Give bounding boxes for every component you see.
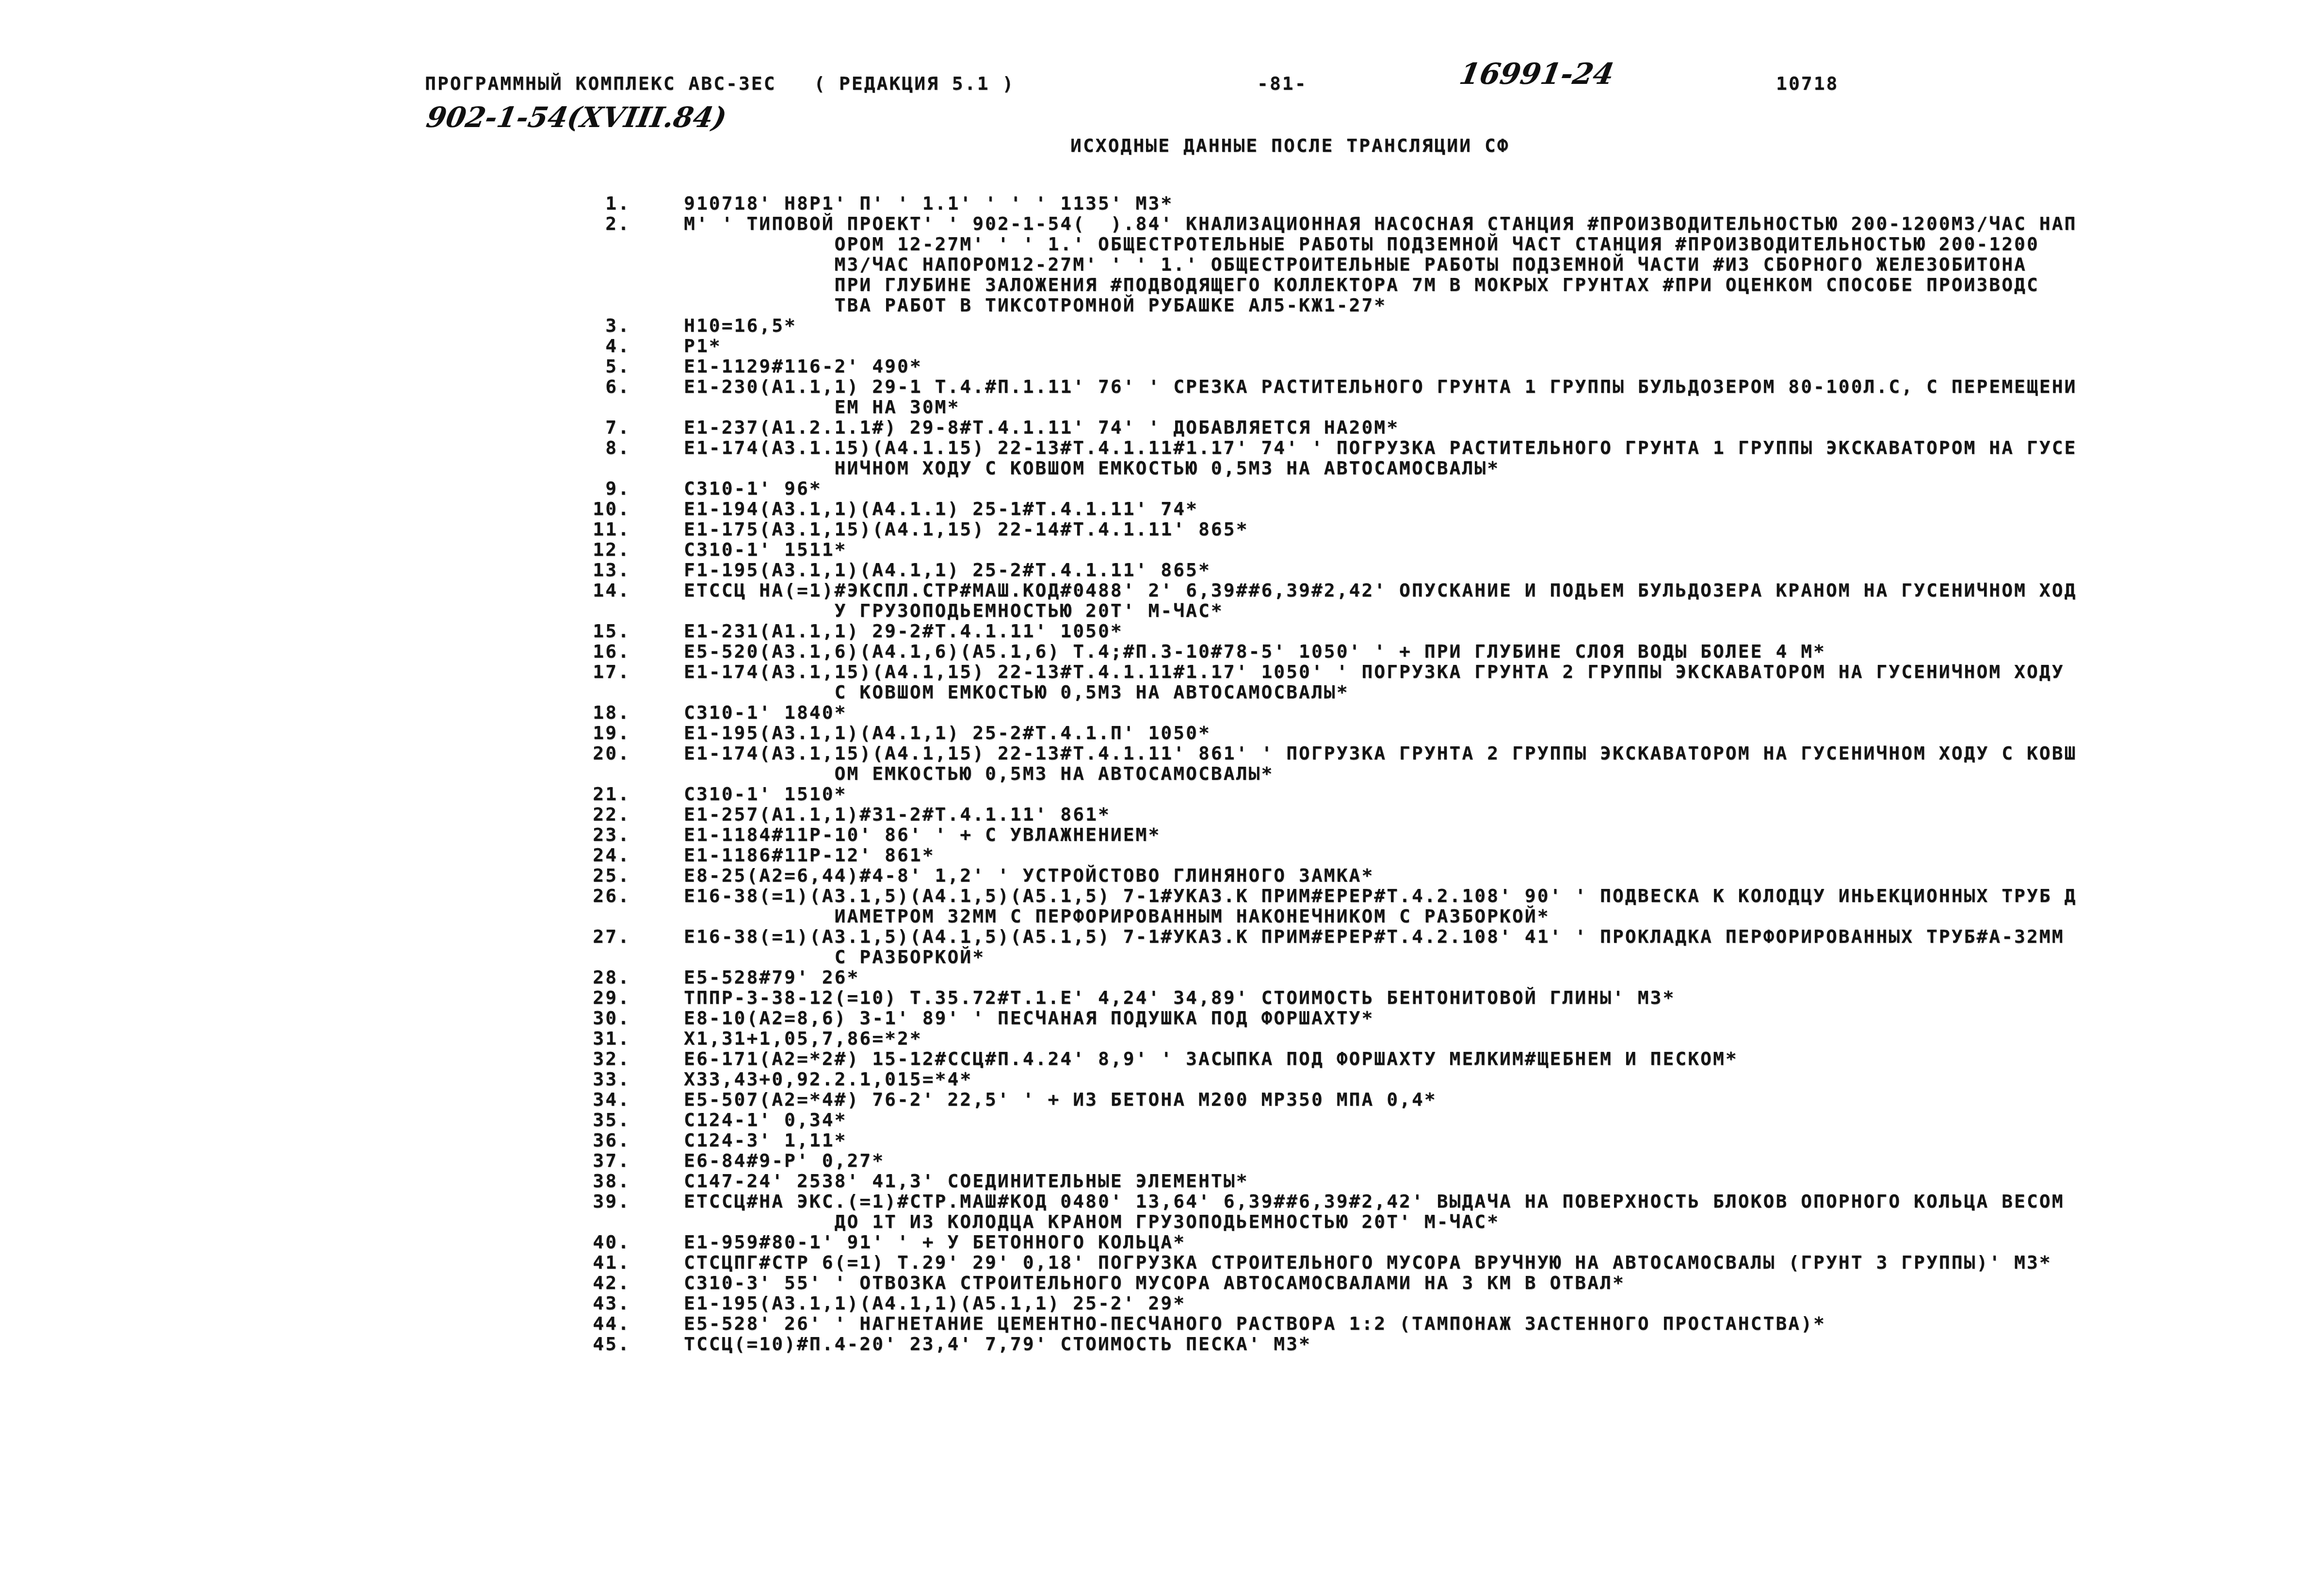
- listing-line: 15.Е1-231(А1.1,1) 29-2#Т.4.1.11' 1050*: [563, 621, 2077, 641]
- line-text: Е1-1186#11Р-12' 861*: [684, 845, 935, 865]
- line-text: Е8-25(А2=6,44)#4-8' 1,2' ' УСТРОЙСТОВО Г…: [684, 865, 1374, 886]
- listing-line: 43.Е1-195(А3.1,1)(А4.1,1)(А5.1,1) 25-2' …: [563, 1293, 2077, 1313]
- line-number: 2.: [563, 213, 630, 234]
- listing-line: 20.Е1-174(А3.1,15)(А4.1,15) 22-13#Т.4.1.…: [563, 743, 2077, 784]
- listing-line: 2.М' ' ТИПОВОЙ ПРОЕКТ' ' 902-1-54( ).84'…: [563, 213, 2077, 315]
- listing-line: 17.Е1-174(А3.1,15)(А4.1,15) 22-13#Т.4.1.…: [563, 661, 2077, 702]
- listing-line: 22.Е1-257(А1.1,1)#31-2#Т.4.1.11' 861*: [563, 804, 2077, 824]
- line-number: 33.: [563, 1069, 630, 1089]
- line-number: 7.: [563, 417, 630, 437]
- line-number: 1.: [563, 193, 630, 213]
- page-title: ИСХОДНЫЕ ДАННЫЕ ПОСЛЕ ТРАНСЛЯЦИИ СФ: [1070, 135, 1510, 156]
- listing-line: 35.С124-1' 0,34*: [563, 1110, 2077, 1130]
- line-number: 41.: [563, 1252, 630, 1273]
- listing-line: 36.С124-3' 1,11*: [563, 1130, 2077, 1150]
- line-text: F1-195(А3.1,1)(А4.1,1) 25-2#Т.4.1.11' 86…: [684, 560, 1211, 580]
- listing-line: 40.Е1-959#80-1' 91' ' + У БЕТОННОГО КОЛЬ…: [563, 1232, 2077, 1252]
- scanned-printout-page: ПРОГРАММНЫЙ КОМПЛЕКС АВС-3ЕС ( РЕДАКЦИЯ …: [0, 0, 2324, 1579]
- line-text: ТССЦ(=10)#П.4-20' 23,4' 7,79' СТОИМОСТЬ …: [684, 1334, 1311, 1354]
- listing-line: 27.Е16-38(=1)(А3.1,5)(А4.1,5)(А5.1,5) 7-…: [563, 926, 2077, 967]
- header-doc-number: 10718: [1776, 73, 1839, 94]
- line-number: 9.: [563, 478, 630, 499]
- line-text: С147-24' 2538' 41,3' СОЕДИНИТЕЛЬНЫЕ ЭЛЕМ…: [684, 1171, 1249, 1191]
- line-text: Е1-231(А1.1,1) 29-2#Т.4.1.11' 1050*: [684, 621, 1123, 641]
- line-number: 44.: [563, 1313, 630, 1334]
- listing-line: 31.Х1,31+1,05,7,86=*2*: [563, 1028, 2077, 1048]
- line-number: 31.: [563, 1028, 630, 1048]
- listing-line: 18.С310-1' 1840*: [563, 702, 2077, 723]
- listing-line: 29.ТППР-3-38-12(=10) Т.35.72#Т.1.Е' 4,24…: [563, 987, 2077, 1008]
- line-text: Х33,43+0,92.2.1,015=*4*: [684, 1069, 972, 1089]
- listing-line: 45.ТССЦ(=10)#П.4-20' 23,4' 7,79' СТОИМОС…: [563, 1334, 2077, 1354]
- listing-line: 38.С147-24' 2538' 41,3' СОЕДИНИТЕЛЬНЫЕ Э…: [563, 1171, 2077, 1191]
- line-number: 20.: [563, 743, 630, 763]
- listing-line: 12.С310-1' 1511*: [563, 539, 2077, 560]
- listing-line: 42.С310-3' 55' ' ОТВОЗКА СТРОИТЕЛЬНОГО М…: [563, 1273, 2077, 1293]
- line-number: 11.: [563, 519, 630, 539]
- listing-line: 34.Е5-507(А2=*4#) 76-2' 22,5' ' + ИЗ БЕТ…: [563, 1089, 2077, 1110]
- line-text: Е1-174(А3.1,15)(А4.1,15) 22-13#Т.4.1.11'…: [684, 743, 2077, 784]
- line-text: Е16-38(=1)(А3.1,5)(А4.1,5)(А5.1,5) 7-1#У…: [684, 886, 2077, 926]
- line-number: 12.: [563, 539, 630, 560]
- listing-line: 9.С310-1' 96*: [563, 478, 2077, 499]
- line-text: С124-3' 1,11*: [684, 1130, 847, 1150]
- listing-line: 3.Н10=16,5*: [563, 315, 2077, 336]
- line-number: 19.: [563, 723, 630, 743]
- line-text: Е1-959#80-1' 91' ' + У БЕТОННОГО КОЛЬЦА*: [684, 1232, 1186, 1252]
- line-text: Х1,31+1,05,7,86=*2*: [684, 1028, 922, 1048]
- line-number: 40.: [563, 1232, 630, 1252]
- line-number: 6.: [563, 376, 630, 397]
- line-number: 23.: [563, 824, 630, 845]
- line-text: ЕТССЦ НА(=1)#ЭКСПЛ.СТР#МАШ.КОД#0488' 2' …: [684, 580, 2077, 621]
- listing-line: 44.Е5-528' 26' ' НАГНЕТАНИЕ ЦЕМЕНТНО-ПЕС…: [563, 1313, 2077, 1334]
- line-text: С310-1' 96*: [684, 478, 822, 499]
- listing-line: 28.Е5-528#79' 26*: [563, 967, 2077, 987]
- listing-line: 32.Е6-171(А2=*2#) 15-12#ССЦ#П.4.24' 8,9'…: [563, 1048, 2077, 1069]
- line-text: СТСЦПГ#СТР 6(=1) Т.29' 29' 0,18' ПОГРУЗК…: [684, 1252, 2052, 1273]
- listing-line: 30.Е8-10(А2=8,6) 3-1' 89' ' ПЕСЧАНАЯ ПОД…: [563, 1008, 2077, 1028]
- line-text: Е1-237(А1.2.1.1#) 29-8#Т.4.1.11' 74' ' Д…: [684, 417, 1399, 437]
- listing-line: 14.ЕТССЦ НА(=1)#ЭКСПЛ.СТР#МАШ.КОД#0488' …: [563, 580, 2077, 621]
- listing-line: 4.Р1*: [563, 336, 2077, 356]
- line-number: 21.: [563, 784, 630, 804]
- line-number: 30.: [563, 1008, 630, 1028]
- line-text: ТППР-3-38-12(=10) Т.35.72#Т.1.Е' 4,24' 3…: [684, 987, 1675, 1008]
- listing-line: 5.Е1-1129#116-2' 490*: [563, 356, 2077, 376]
- line-number: 22.: [563, 804, 630, 824]
- line-text: Е1-195(А3.1,1)(А4.1,1) 25-2#Т.4.1.П' 105…: [684, 723, 1211, 743]
- listing-line: 1.910718' Н8Р1' П' ' 1.1' ' ' ' 1135' М3…: [563, 193, 2077, 213]
- line-text: С310-1' 1840*: [684, 702, 847, 723]
- header-page-number: -81-: [1257, 73, 1307, 94]
- line-number: 34.: [563, 1089, 630, 1110]
- line-number: 17.: [563, 661, 630, 682]
- listing-line: 33.Х33,43+0,92.2.1,015=*4*: [563, 1069, 2077, 1089]
- line-number: 37.: [563, 1150, 630, 1171]
- line-number: 27.: [563, 926, 630, 947]
- line-number: 5.: [563, 356, 630, 376]
- line-number: 8.: [563, 437, 630, 458]
- line-number: 13.: [563, 560, 630, 580]
- handwritten-code: 16991-24: [1457, 57, 1616, 91]
- line-text: М' ' ТИПОВОЙ ПРОЕКТ' ' 902-1-54( ).84' К…: [684, 213, 2077, 315]
- line-text: Е1-1184#11Р-10' 86' ' + С УВЛАЖНЕНИЕМ*: [684, 824, 1161, 845]
- line-text: Е16-38(=1)(А3.1,5)(А4.1,5)(А5.1,5) 7-1#У…: [684, 926, 2065, 967]
- line-text: Н10=16,5*: [684, 315, 797, 336]
- listing-line: 11.Е1-175(А3.1,15)(А4.1,15) 22-14#Т.4.1.…: [563, 519, 2077, 539]
- line-number: 25.: [563, 865, 630, 886]
- line-number: 18.: [563, 702, 630, 723]
- line-number: 45.: [563, 1334, 630, 1354]
- listing-line: 7.Е1-237(А1.2.1.1#) 29-8#Т.4.1.11' 74' '…: [563, 417, 2077, 437]
- line-text: Е5-507(А2=*4#) 76-2' 22,5' ' + ИЗ БЕТОНА…: [684, 1089, 1437, 1110]
- line-text: Е1-257(А1.1,1)#31-2#Т.4.1.11' 861*: [684, 804, 1111, 824]
- line-number: 24.: [563, 845, 630, 865]
- line-number: 42.: [563, 1273, 630, 1293]
- line-number: 35.: [563, 1110, 630, 1130]
- line-text: Е1-194(А3.1,1)(А4.1.1) 25-1#Т.4.1.11' 74…: [684, 499, 1198, 519]
- handwritten-project-number: 902-1-54(XVIII.84): [424, 101, 729, 134]
- line-text: 910718' Н8Р1' П' ' 1.1' ' ' ' 1135' М3*: [684, 193, 1173, 213]
- line-text: Е1-174(А3.1,15)(А4.1,15) 22-13#Т.4.1.11#…: [684, 661, 2065, 702]
- listing-line: 37.Е6-84#9-Р' 0,27*: [563, 1150, 2077, 1171]
- line-text: С124-1' 0,34*: [684, 1110, 847, 1130]
- line-text: Е1-230(А1.1,1) 29-1 Т.4.#П.1.11' 76' ' С…: [684, 376, 2077, 417]
- line-text: Е1-174(А3.1.15)(А4.1.15) 22-13#Т.4.1.11#…: [684, 437, 2077, 478]
- line-number: 43.: [563, 1293, 630, 1313]
- line-number: 3.: [563, 315, 630, 336]
- line-number: 32.: [563, 1048, 630, 1069]
- listing-line: 26.Е16-38(=1)(А3.1,5)(А4.1,5)(А5.1,5) 7-…: [563, 886, 2077, 926]
- line-text: Е1-1129#116-2' 490*: [684, 356, 922, 376]
- listing-line: 16.Е5-520(А3.1,6)(А4.1,6)(А5.1,6) Т.4;#П…: [563, 641, 2077, 661]
- listing-line: 21.С310-1' 1510*: [563, 784, 2077, 804]
- line-text: С310-1' 1510*: [684, 784, 847, 804]
- listing-line: 19.Е1-195(А3.1,1)(А4.1,1) 25-2#Т.4.1.П' …: [563, 723, 2077, 743]
- line-number: 29.: [563, 987, 630, 1008]
- line-number: 36.: [563, 1130, 630, 1150]
- line-number: 14.: [563, 580, 630, 600]
- line-text: Е5-520(А3.1,6)(А4.1,6)(А5.1,6) Т.4;#П.3-…: [684, 641, 1826, 661]
- line-number: 39.: [563, 1191, 630, 1211]
- line-number: 26.: [563, 886, 630, 906]
- listing-line: 13.F1-195(А3.1,1)(А4.1,1) 25-2#Т.4.1.11'…: [563, 560, 2077, 580]
- line-text: Е8-10(А2=8,6) 3-1' 89' ' ПЕСЧАНАЯ ПОДУШК…: [684, 1008, 1374, 1028]
- line-text: ЕТССЦ#НА ЭКС.(=1)#СТР.МАШ#КОД 0480' 13,6…: [684, 1191, 2065, 1232]
- line-text: С310-1' 1511*: [684, 539, 847, 560]
- line-text: Е5-528' 26' ' НАГНЕТАНИЕ ЦЕМЕНТНО-ПЕСЧАН…: [684, 1313, 1826, 1334]
- listing-line: 41.СТСЦПГ#СТР 6(=1) Т.29' 29' 0,18' ПОГР…: [563, 1252, 2077, 1273]
- line-number: 38.: [563, 1171, 630, 1191]
- line-text: Е1-195(А3.1,1)(А4.1,1)(А5.1,1) 25-2' 29*: [684, 1293, 1186, 1313]
- listing-line: 10.Е1-194(А3.1,1)(А4.1.1) 25-1#Т.4.1.11'…: [563, 499, 2077, 519]
- line-text: Е6-84#9-Р' 0,27*: [684, 1150, 885, 1171]
- line-number: 28.: [563, 967, 630, 987]
- line-text: Е5-528#79' 26*: [684, 967, 859, 987]
- line-text: Р1*: [684, 336, 722, 356]
- listing: 1.910718' Н8Р1' П' ' 1.1' ' ' ' 1135' М3…: [563, 193, 2077, 1354]
- line-text: Е1-175(А3.1,15)(А4.1,15) 22-14#Т.4.1.11'…: [684, 519, 1249, 539]
- header-program-title: ПРОГРАММНЫЙ КОМПЛЕКС АВС-3ЕС ( РЕДАКЦИЯ …: [425, 73, 1015, 94]
- line-number: 10.: [563, 499, 630, 519]
- line-text: С310-3' 55' ' ОТВОЗКА СТРОИТЕЛЬНОГО МУСО…: [684, 1273, 1625, 1293]
- listing-line: 24.Е1-1186#11Р-12' 861*: [563, 845, 2077, 865]
- line-number: 16.: [563, 641, 630, 661]
- listing-line: 23.Е1-1184#11Р-10' 86' ' + С УВЛАЖНЕНИЕМ…: [563, 824, 2077, 845]
- line-number: 4.: [563, 336, 630, 356]
- listing-line: 8.Е1-174(А3.1.15)(А4.1.15) 22-13#Т.4.1.1…: [563, 437, 2077, 478]
- listing-line: 25.Е8-25(А2=6,44)#4-8' 1,2' ' УСТРОЙСТОВ…: [563, 865, 2077, 886]
- line-text: Е6-171(А2=*2#) 15-12#ССЦ#П.4.24' 8,9' ' …: [684, 1048, 1738, 1069]
- listing-line: 6.Е1-230(А1.1,1) 29-1 Т.4.#П.1.11' 76' '…: [563, 376, 2077, 417]
- listing-line: 39.ЕТССЦ#НА ЭКС.(=1)#СТР.МАШ#КОД 0480' 1…: [563, 1191, 2077, 1232]
- line-number: 15.: [563, 621, 630, 641]
